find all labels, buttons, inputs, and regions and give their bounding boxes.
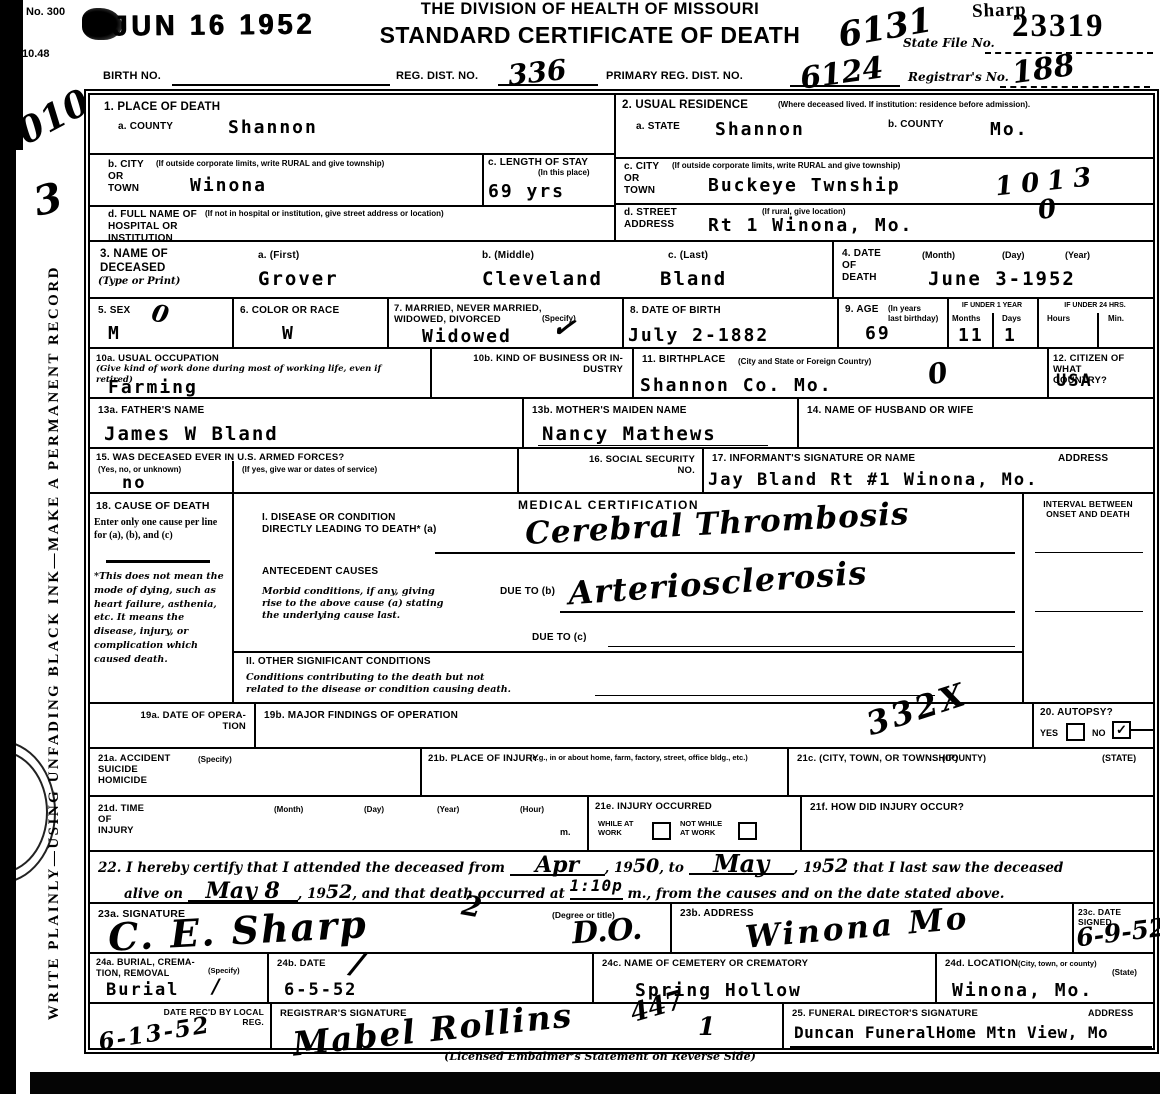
- injury-county-label: (COUNTY): [942, 753, 986, 764]
- citizen-value: USA: [1056, 371, 1093, 391]
- cause-of-death-label: 18. CAUSE OF DEATH: [96, 500, 210, 512]
- armed-forces-note2: (If yes, give war or dates of service): [242, 465, 377, 475]
- race-label: 6. COLOR OR RACE: [240, 305, 339, 317]
- state-file-number: 23319: [1012, 8, 1105, 45]
- how-injury-occurred-label: 21f. HOW DID INJURY OCCUR?: [810, 802, 964, 814]
- months-value: 11: [958, 325, 984, 346]
- certify-text: , and that death occurred at: [352, 886, 565, 902]
- date-of-birth-label: 8. DATE OF BIRTH: [630, 305, 721, 317]
- certificate-form: 1. PLACE OF DEATH a. COUNTY Shannon b. C…: [88, 93, 1155, 1050]
- residence-state-label: a. STATE: [636, 121, 680, 133]
- cause-c-line: [608, 646, 1015, 647]
- divider: [254, 704, 256, 747]
- county-label: a. COUNTY: [118, 121, 173, 133]
- divider: [517, 449, 519, 492]
- months-label: Months: [952, 314, 980, 324]
- days-value: 1: [1004, 325, 1017, 346]
- divider: [614, 95, 616, 240]
- first-name-label: a. (First): [258, 250, 299, 262]
- burial-location-note: (City, town, or county): [1018, 959, 1097, 968]
- occupation-value: Farming: [108, 377, 198, 398]
- funeral-director-label: 25. FUNERAL DIRECTOR'S SIGNATURE: [792, 1008, 978, 1019]
- last-name-label: c. (Last): [668, 250, 708, 262]
- day-label: (Day): [1002, 250, 1025, 261]
- row-injury-place: 21a. ACCIDENT SUICIDE HOMICIDE (Specify)…: [90, 747, 1153, 795]
- row-name-deceased: 3. NAME OF DECEASED (Type or Print) a. (…: [90, 240, 1153, 297]
- divider: [782, 1004, 784, 1048]
- autopsy-yes-label: YES: [1040, 728, 1058, 739]
- name-deceased-note: (Type or Print): [98, 276, 180, 289]
- degree-value: D.O.: [571, 912, 643, 952]
- certify-from-month-hw: Apr: [510, 856, 605, 876]
- row-occupation: 10a. USUAL OCCUPATION (Give kind of work…: [90, 347, 1153, 397]
- mother-name-label: 13b. MOTHER'S MAIDEN NAME: [532, 405, 687, 417]
- injury-state-label: (STATE): [1102, 753, 1136, 764]
- birth-no-blank: [172, 84, 390, 86]
- marital-status-label: 7. MARRIED, NEVER MARRIED, WIDOWED, DIVO…: [394, 303, 542, 325]
- major-findings-label: 19b. MAJOR FINDINGS OF OPERATION: [264, 710, 458, 722]
- reg-dist-label: REG. DIST. NO.: [396, 70, 478, 83]
- certify-to-year-hw: 52: [822, 855, 848, 877]
- age-value: 69: [865, 323, 891, 344]
- form-number: No. 300: [26, 6, 65, 18]
- reg-dist-value: 336: [506, 53, 568, 92]
- divider: [482, 153, 484, 205]
- divider: [1072, 904, 1074, 952]
- funeral-director-address-label: ADDRESS: [1088, 1008, 1133, 1019]
- residence-city-value: Buckeye Twnship: [708, 175, 901, 196]
- antecedent-note: Morbid conditions, if any, giving rise t…: [262, 586, 443, 622]
- injury-m-label: m.: [560, 827, 571, 838]
- cause-b-handwriting: Arteriosclerosis: [567, 554, 869, 613]
- race-value: W: [282, 323, 295, 344]
- cemetery-label: 24c. NAME OF CEMETERY OR CREMATORY: [602, 958, 808, 969]
- form-code: 10.48: [22, 48, 50, 60]
- hospital-note: (If not in hospital or institution, give…: [205, 209, 605, 219]
- divider: [592, 954, 594, 1002]
- length-of-stay-note: (In this place): [538, 168, 590, 178]
- divider: [622, 299, 624, 347]
- death-certificate-page: { "page": { "no_label": "No. 300", "form…: [0, 0, 1160, 1094]
- certify-statement: 22. I hereby certify that I attended the…: [98, 854, 1146, 907]
- autopsy-mark-tail: [1129, 729, 1153, 731]
- street-address-label: d. STREET ADDRESS: [624, 207, 677, 231]
- burial-date-value: 6-5-52: [284, 980, 357, 1000]
- armed-forces-value: no: [122, 473, 146, 493]
- grid-line: [614, 157, 1153, 159]
- if-under-24-hrs-label: IF UNDER 24 HRS.: [1040, 302, 1150, 310]
- marital-status-value: Widowed: [422, 326, 512, 347]
- due-to-b-label: DUE TO (b): [500, 586, 555, 598]
- divider: [232, 299, 234, 347]
- divider: [1032, 704, 1034, 747]
- divider: [1097, 313, 1099, 349]
- residence-county-label: b. COUNTY: [888, 119, 944, 131]
- divider: [1047, 349, 1049, 397]
- last-name-value: Bland: [660, 268, 727, 290]
- county-value: Shannon: [228, 117, 318, 138]
- cause-of-death-note1: Enter only one cause per line for (a), (…: [94, 516, 228, 542]
- grid-line: [614, 203, 1153, 205]
- month-label: (Month): [922, 250, 955, 261]
- name-deceased-label: 3. NAME OF DECEASED: [100, 248, 168, 275]
- divider: [232, 494, 234, 702]
- birthplace-note: (City and State or Foreign Country): [738, 357, 871, 367]
- reverse-side-note: (Licensed Embalmer's Statement on Revers…: [390, 1050, 810, 1064]
- divider: [800, 797, 802, 850]
- residence-state-value: Shannon: [715, 119, 805, 140]
- certify-alive-year-hw: 52: [326, 881, 352, 903]
- ssn-label: 16. SOCIAL SECURITY NO.: [527, 454, 695, 476]
- autopsy-yes-checkbox: [1066, 723, 1085, 741]
- residence-city-note: (If outside corporate limits, write RURA…: [672, 161, 1012, 171]
- row-registrar: DATE REC'D BY LOCAL REG. 6-13-52 REGISTR…: [90, 1002, 1153, 1048]
- mother-name-value: Nancy Mathews: [542, 423, 717, 445]
- armed-forces-label: 15. WAS DECEASED EVER IN U.S. ARMED FORC…: [96, 452, 516, 463]
- row-demographics: 5. SEX 0 M 6. COLOR OR RACE W 7. MARRIED…: [90, 297, 1153, 347]
- burial-date-label: 24b. DATE: [277, 958, 326, 969]
- primary-reg-blank: [790, 85, 900, 87]
- row-parents: 13a. FATHER'S NAME James W Bland 13b. MO…: [90, 397, 1153, 447]
- divider: [587, 797, 589, 850]
- injury-month-label: (Month): [274, 805, 303, 815]
- mother-name-underline: [538, 445, 768, 446]
- reg-dist-blank: [498, 84, 598, 86]
- registrar-no-label: Registrar's No.: [908, 70, 1009, 85]
- cause-b-line: [560, 611, 1015, 613]
- margin-instruction-text: WRITE PLAINLY—USING UNFADING BLACK INK—M…: [46, 265, 63, 1020]
- certify-text: alive on: [124, 886, 183, 902]
- injury-hour-label: (Hour): [520, 805, 544, 815]
- divider: [270, 1004, 272, 1048]
- residence-city-label: c. CITY OR TOWN: [624, 161, 659, 196]
- street-address-value: Rt 1 Winona, Mo.: [708, 215, 913, 236]
- grid-line: [232, 651, 1022, 653]
- divider: [430, 349, 432, 397]
- funeral-director-underline-2: [790, 1049, 1152, 1050]
- other-conditions-line: [595, 695, 935, 696]
- certify-text: , to: [659, 860, 684, 876]
- not-while-at-work-checkbox: [738, 822, 757, 840]
- antecedent-causes-label: ANTECEDENT CAUSES: [262, 566, 378, 578]
- primary-reg-value: 6124: [798, 50, 886, 96]
- certify-text: m., from the causes and on the date stat…: [627, 886, 1004, 902]
- divider: [387, 299, 389, 347]
- usual-residence-title: 2. USUAL RESIDENCE: [622, 99, 748, 113]
- place-of-injury-note: (e.g., in or about home, farm, factory, …: [530, 753, 780, 762]
- autopsy-label: 20. AUTOPSY?: [1040, 707, 1113, 719]
- injury-city-label: 21c. (CITY, TOWN, OR TOWNSHIP): [797, 753, 958, 764]
- not-while-at-work-label: NOT WHILE AT WORK: [680, 819, 722, 837]
- certify-from-year-hw: 50: [633, 855, 659, 877]
- sex-value: M: [108, 323, 121, 344]
- age-note: (In years last birthday): [888, 304, 938, 323]
- row-injury-time: 21d. TIME OF INJURY (Month) (Day) (Year)…: [90, 795, 1153, 850]
- divider: [935, 954, 937, 1002]
- grid-line: [90, 205, 614, 207]
- divider: [522, 399, 524, 447]
- informant-address-label: ADDRESS: [1058, 453, 1108, 465]
- year-label: (Year): [1065, 250, 1090, 261]
- certify-to-month-hw: May: [689, 855, 794, 875]
- divider: [267, 954, 269, 1002]
- certify-text: that I last saw the deceased: [853, 860, 1063, 876]
- middle-name-value: Cleveland: [482, 268, 603, 290]
- cause-a-line: [435, 552, 1015, 554]
- scan-edge-bar: [0, 0, 16, 1094]
- accident-note: (Specify): [198, 755, 232, 765]
- time-of-injury-label: 21d. TIME OF INJURY: [98, 803, 144, 837]
- divider: [420, 749, 422, 795]
- first-name-value: Grover: [258, 268, 339, 290]
- while-at-work-checkbox: [652, 822, 671, 840]
- residence-county-value: Mo.: [990, 119, 1029, 140]
- accident-suicide-label: 21a. ACCIDENT SUICIDE HOMICIDE: [98, 753, 170, 787]
- row-medical-certification: 18. CAUSE OF DEATH Enter only one cause …: [90, 492, 1153, 702]
- place-of-injury-label: 21b. PLACE OF INJURY: [428, 753, 539, 764]
- if-under-1-year-label: IF UNDER 1 YEAR: [950, 302, 1034, 310]
- divider: [832, 242, 834, 297]
- divider: [702, 449, 704, 492]
- document-title: STANDARD CERTIFICATE OF DEATH: [290, 22, 890, 49]
- min-label: Min.: [1108, 314, 1124, 324]
- cause-of-death-note2: *This does not mean the mode of dying, s…: [94, 570, 228, 666]
- registrar-handwritten-number-2: 1: [698, 1012, 715, 1041]
- burial-location-label: 24d. LOCATION: [945, 958, 1018, 969]
- age-label: 9. AGE: [845, 304, 879, 316]
- birthplace-value: Shannon Co. Mo.: [640, 375, 833, 396]
- birthplace-handwriting: 0: [925, 356, 950, 392]
- row-physician: 23a. SIGNATURE C. E. Sharp 2 (Degree or …: [90, 902, 1153, 952]
- divider: [797, 399, 799, 447]
- divider: [1022, 494, 1024, 702]
- injury-year-label: (Year): [437, 805, 459, 815]
- while-at-work-label: WHILE AT WORK: [598, 819, 633, 837]
- registrar-no-blank: [1000, 86, 1150, 88]
- divider: [787, 749, 789, 795]
- divider: [670, 904, 672, 952]
- informant-value: Jay Bland Rt #1 Winona, Mo.: [708, 470, 1038, 490]
- days-label: Days: [1002, 314, 1021, 324]
- hours-label: Hours: [1047, 314, 1070, 324]
- degree-handwritten-mark: 2: [459, 889, 484, 925]
- certify-text: 22. I hereby certify that I attended the…: [98, 860, 505, 876]
- date-of-death-value: June 3-1952: [928, 268, 1076, 290]
- sex-label: 5. SEX: [98, 305, 130, 317]
- disease-condition-label: I. DISEASE OR CONDITION DIRECTLY LEADING…: [262, 512, 437, 536]
- burial-label: 24a. BURIAL, CREMA- TION, REMOVAL: [96, 957, 195, 978]
- row-operation: 19a. DATE OF OPERA- TION 19b. MAJOR FIND…: [90, 702, 1153, 747]
- birthplace-label: 11. BIRTHPLACE: [642, 354, 725, 366]
- birth-no-label: BIRTH NO.: [103, 70, 161, 83]
- physician-address-value: Winona Mo: [744, 900, 971, 955]
- row-certify-statement: 22. I hereby certify that I attended the…: [90, 850, 1153, 902]
- city-town-note: (If outside corporate limits, write RURA…: [156, 159, 471, 169]
- father-name-label: 13a. FATHER'S NAME: [98, 405, 204, 417]
- city-town-label: b. CITY OR TOWN: [108, 159, 144, 194]
- burial-location-state-label: (State): [1112, 968, 1137, 978]
- agency-title: THE DIVISION OF HEALTH OF MISSOURI: [310, 0, 870, 19]
- burial-handwritten-mark: /: [212, 974, 219, 998]
- date-of-birth-value: July 2-1882: [628, 325, 769, 346]
- certify-alive-date-hw: May 8: [188, 882, 298, 902]
- burial-value: Burial: [106, 980, 179, 1000]
- divider: [837, 299, 839, 347]
- middle-name-label: b. (Middle): [482, 250, 534, 262]
- divider: [947, 299, 949, 349]
- date-of-operation-label: 19a. DATE OF OPERA- TION: [96, 710, 246, 732]
- bottom-scan-bar: [30, 1072, 1160, 1094]
- registrar-no-value: 188: [1010, 48, 1077, 91]
- physician-address-label: 23b. ADDRESS: [680, 908, 754, 920]
- date-of-death-label: 4. DATE OF DEATH: [842, 248, 881, 283]
- injury-occurred-label: 21e. INJURY OCCURRED: [595, 801, 712, 812]
- certify-text: , 19: [298, 886, 326, 902]
- divider: [632, 349, 634, 397]
- injury-day-label: (Day): [364, 805, 384, 815]
- street-address-handwriting: 0: [1036, 194, 1058, 226]
- grid-line: [90, 153, 614, 155]
- primary-reg-label: PRIMARY REG. DIST. NO.: [606, 70, 743, 83]
- received-date-stamp: JUN 16 1952: [112, 8, 315, 43]
- divider: [992, 313, 994, 349]
- divider: [1037, 299, 1039, 349]
- interval-line-a: [1035, 552, 1143, 553]
- divider: [232, 461, 234, 494]
- certify-text: , 19: [794, 860, 822, 876]
- marital-handwritten-mark: ✓: [550, 310, 578, 346]
- other-conditions-label: II. OTHER SIGNIFICANT CONDITIONS: [246, 656, 431, 668]
- state-file-label: State File No.: [903, 36, 995, 51]
- other-conditions-note: Conditions contributing to the death but…: [246, 672, 511, 696]
- father-name-value: James W Bland: [104, 423, 279, 445]
- burial-location-value: Winona, Mo.: [952, 980, 1093, 1001]
- length-of-stay-value: 69 yrs: [488, 181, 565, 202]
- sidebar-rule: [106, 560, 210, 563]
- interval-line-b: [1035, 611, 1143, 612]
- row-burial: 24a. BURIAL, CREMA- TION, REMOVAL (Speci…: [90, 952, 1153, 1002]
- death-time-value: 1:10p: [570, 874, 623, 900]
- place-of-death-title: 1. PLACE OF DEATH: [104, 101, 220, 115]
- city-town-value: Winona: [190, 175, 267, 196]
- margin-handwritten-number: 010: [11, 81, 97, 153]
- usual-residence-note: (Where deceased lived. If institution: r…: [778, 100, 1146, 110]
- row-place-residence: 1. PLACE OF DEATH a. COUNTY Shannon b. C…: [90, 95, 1153, 240]
- interval-label: INTERVAL BETWEEN ONSET AND DEATH: [1028, 499, 1148, 519]
- funeral-director-underline: [790, 1046, 1152, 1048]
- sex-handwriting: 0: [149, 298, 171, 330]
- informant-label: 17. INFORMANT'S SIGNATURE OR NAME: [712, 453, 915, 465]
- husband-wife-label: 14. NAME OF HUSBAND OR WIFE: [807, 405, 974, 417]
- business-industry-label: 10b. KIND OF BUSINESS OR IN- DUSTRY: [438, 353, 623, 375]
- funeral-director-value: Duncan FuneralHome Mtn View, Mo: [794, 1023, 1108, 1042]
- autopsy-no-label: NO: [1092, 728, 1106, 739]
- due-to-c-label: DUE TO (c): [532, 632, 587, 644]
- margin-handwritten-number-2: 3: [29, 173, 67, 225]
- occupation-label: 10a. USUAL OCCUPATION: [96, 353, 219, 364]
- row-informant: 15. WAS DECEASED EVER IN U.S. ARMED FORC…: [90, 447, 1153, 492]
